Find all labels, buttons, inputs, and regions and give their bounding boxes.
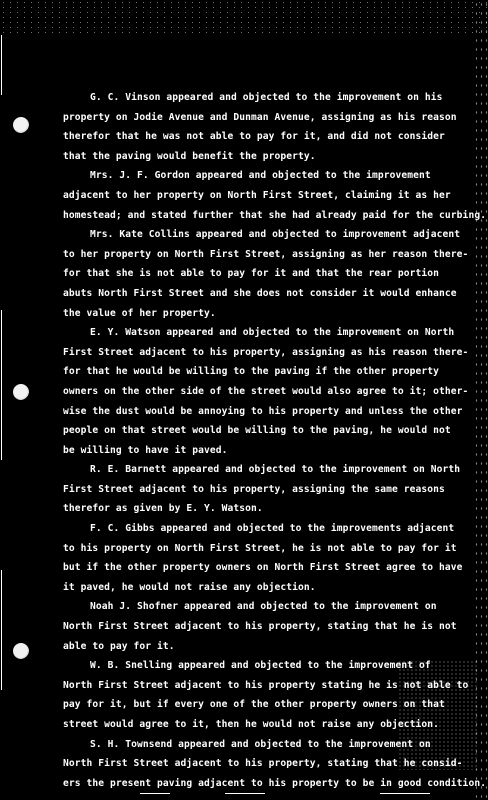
paragraph-first-line: E. Y. Watson appeared and objected to th… — [63, 323, 453, 343]
paragraph-first-line: S. H. Townsend appeared and objected to … — [63, 735, 453, 755]
text-line: wise the dust would be annoying to his p… — [63, 402, 453, 422]
text-line: but if the other property owners on Nort… — [63, 558, 453, 578]
paragraph-first-line: Mrs. J. F. Gordon appeared and objected … — [63, 166, 453, 186]
page-edge-line — [1, 310, 2, 460]
text-line: be willing to have it paved. — [63, 441, 453, 461]
punch-hole-icon — [13, 117, 29, 133]
text-line: ers the present paving adjacent to his p… — [63, 774, 453, 794]
text-line: North First Street adjacent to his prope… — [63, 617, 453, 637]
text-line: North First Street adjacent to his prope… — [63, 754, 453, 774]
punch-hole-icon — [13, 384, 29, 400]
punch-hole-icon — [13, 643, 29, 659]
paragraph-first-line: Mrs. Kate Collins appeared and objected … — [63, 225, 453, 245]
document-body: G. C. Vinson appeared and objected to th… — [63, 88, 453, 793]
text-line: property on Jodie Avenue and Dunman Aven… — [63, 108, 453, 128]
text-line: owners on the other side of the street w… — [63, 382, 453, 402]
paragraph-first-line: Noah J. Shofner appeared and objected to… — [63, 597, 453, 617]
text-line: First Street adjacent to his property, a… — [63, 343, 453, 363]
text-line: therefor as given by E. Y. Watson. — [63, 499, 453, 519]
text-line: adjacent to her property on North First … — [63, 186, 453, 206]
page-edge-line — [1, 570, 2, 690]
text-line: it paved, he would not raise any objecti… — [63, 578, 453, 598]
text-line: for that she is not able to pay for it a… — [63, 264, 453, 284]
text-line: abuts North First Street and she does no… — [63, 284, 453, 304]
paragraph-first-line: F. C. Gibbs appeared and objected to the… — [63, 519, 453, 539]
text-line: to his property on North First Street, h… — [63, 539, 453, 559]
text-line: North First Street adjacent to his prope… — [63, 676, 453, 696]
text-line: to her property on North First Street, a… — [63, 245, 453, 265]
paragraph-first-line: R. E. Barnett appeared and objected to t… — [63, 460, 453, 480]
scan-noise-top — [0, 0, 488, 35]
text-line: the value of her property. — [63, 304, 453, 324]
text-line: homestead; and stated further that she h… — [63, 206, 453, 226]
page-edge-line — [1, 35, 2, 95]
text-line: for that he would be willing to the pavi… — [63, 362, 453, 382]
text-line: pay for it, but if every one of the othe… — [63, 695, 453, 715]
paragraph-first-line: W. B. Snelling appeared and objected to … — [63, 656, 453, 676]
text-line: therefor that he was not able to pay for… — [63, 127, 453, 147]
text-line: able to pay for it. — [63, 637, 453, 657]
text-line: street would agree to it, then he would … — [63, 715, 453, 735]
text-line: people on that street would be willing t… — [63, 421, 453, 441]
text-line: that the paving would benefit the proper… — [63, 147, 453, 167]
paragraph-first-line: G. C. Vinson appeared and objected to th… — [63, 88, 453, 108]
text-line: First Street adjacent to his property, a… — [63, 480, 453, 500]
